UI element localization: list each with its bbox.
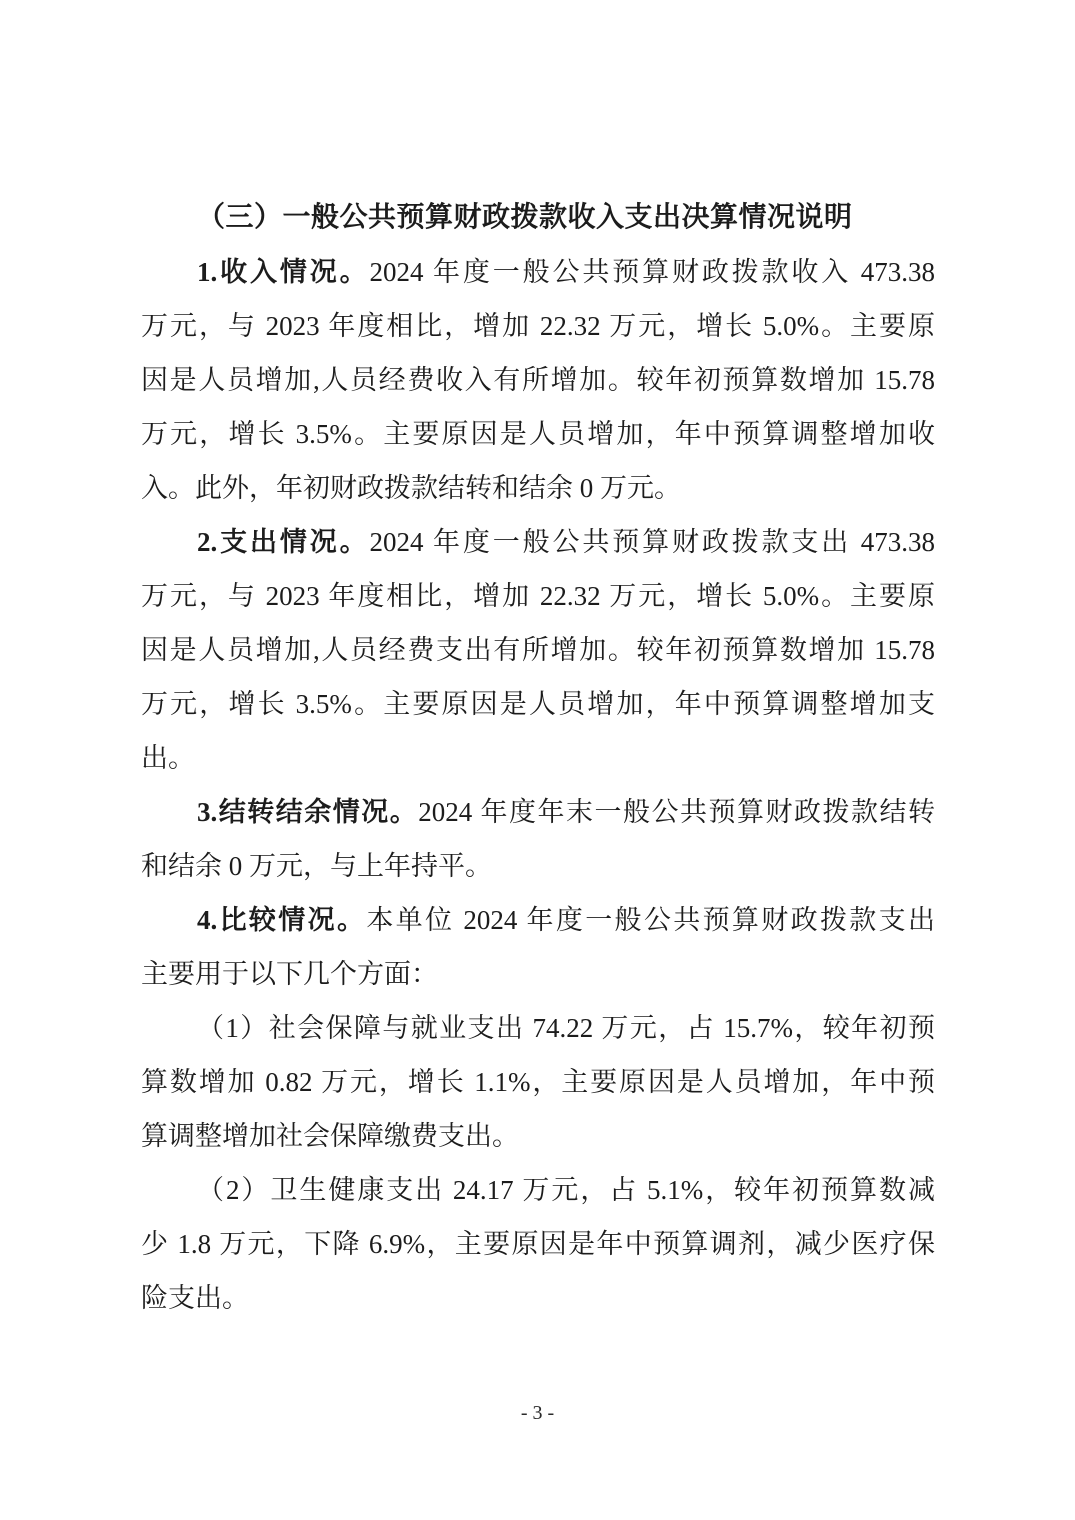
text-line: （1）社会保障与就业支出 74.22 万元，占 15.7%，较年初预 [141, 1001, 935, 1055]
text-line-bold-prefix: 4.比较情况。 [197, 905, 366, 935]
text-line: 算数增加 0.82 万元，增长 1.1%，主要原因是人员增加，年中预 [141, 1055, 935, 1109]
text-line-bold-prefix: 3.结转结余情况。 [197, 797, 418, 827]
text-line: （2）卫生健康支出 24.17 万元，占 5.1%，较年初预算数减 [141, 1163, 935, 1217]
text-line: 1.收入情况。2024 年度一般公共预算财政拨款收入 473.38 [141, 245, 935, 299]
text-line: 险支出。 [141, 1271, 935, 1325]
document-body: （三）一般公共预算财政拨款收入支出决算情况说明 1.收入情况。2024 年度一般… [141, 191, 935, 1325]
text-line: 和结余 0 万元，与上年持平。 [141, 839, 935, 893]
text-line: 主要用于以下几个方面： [141, 947, 935, 1001]
text-line: 出。 [141, 731, 935, 785]
text-line: 算调整增加社会保障缴费支出。 [141, 1109, 935, 1163]
document-page: （三）一般公共预算财政拨款收入支出决算情况说明 1.收入情况。2024 年度一般… [0, 0, 1075, 1520]
text-line: 少 1.8 万元，下降 6.9%，主要原因是年中预算调剂，减少医疗保 [141, 1217, 935, 1271]
page-number: - 3 - [0, 1398, 1075, 1428]
section-heading: （三）一般公共预算财政拨款收入支出决算情况说明 [141, 191, 935, 245]
text-line: 万元，与 2023 年度相比，增加 22.32 万元，增长 5.0%。主要原 [141, 299, 935, 353]
text-line-bold-prefix: 1.收入情况。 [197, 257, 369, 287]
text-line-bold-prefix: 2.支出情况。 [197, 527, 369, 557]
text-line: 2.支出情况。2024 年度一般公共预算财政拨款支出 473.38 [141, 515, 935, 569]
text-line: 万元，与 2023 年度相比，增加 22.32 万元，增长 5.0%。主要原 [141, 569, 935, 623]
text-line: 因是人员增加,人员经费支出有所增加。较年初预算数增加 15.78 [141, 623, 935, 677]
text-line: 4.比较情况。本单位 2024 年度一般公共预算财政拨款支出 [141, 893, 935, 947]
text-line: 因是人员增加,人员经费收入有所增加。较年初预算数增加 15.78 [141, 353, 935, 407]
text-line: 万元，增长 3.5%。主要原因是人员增加，年中预算调整增加收 [141, 407, 935, 461]
text-line: 3.结转结余情况。2024 年度年末一般公共预算财政拨款结转 [141, 785, 935, 839]
text-line: 入。此外，年初财政拨款结转和结余 0 万元。 [141, 461, 935, 515]
text-line: 万元，增长 3.5%。主要原因是人员增加，年中预算调整增加支 [141, 677, 935, 731]
